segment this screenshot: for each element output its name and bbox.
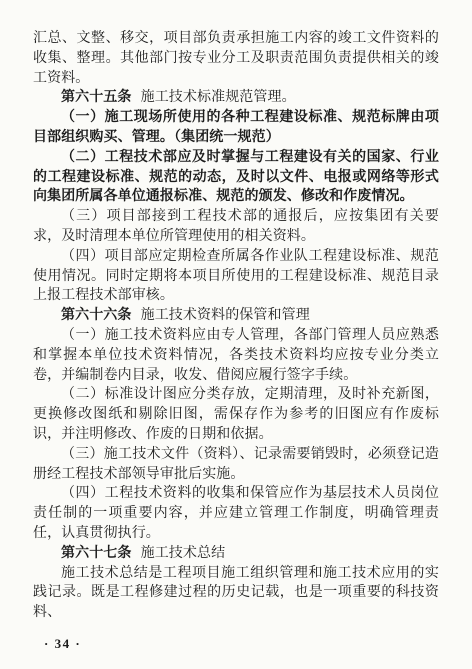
article-number: 第六十五条 [61, 90, 132, 105]
article-title: 施工技术资料的保管和管理 [141, 308, 310, 323]
page-number: · 34 · [33, 636, 439, 652]
paragraph: （二）标准设计图应分类存放，定期清理，及时补充新图，更换修改图纸和剔除旧图，需保… [33, 385, 439, 444]
article-heading: 第六十六条施工技术资料的保管和管理 [33, 306, 439, 326]
article-number: 第六十六条 [61, 308, 132, 323]
paragraph: （四）项目部应定期检查所属各作业队工程建设标准、规范使用情况。同时定期将本项目所… [33, 247, 439, 306]
article-number: 第六十七条 [61, 546, 132, 561]
paragraph: 施工技术总结是工程项目施工组织管理和施工技术应用的实践记录。既是工程修建过程的历… [33, 564, 439, 623]
article-title: 施工技术总结 [141, 546, 226, 561]
paragraph: （三）项目部接到工程技术部的通报后，应按集团有关要求，及时清理本单位所管理使用的… [33, 207, 439, 247]
paragraph: （一）施工技术资料应由专人管理，各部门管理人员应熟悉和掌握本单位技术资料情况，各… [33, 326, 439, 385]
paragraph: （四）工程技术资料的收集和保管应作为基层技术人员岗位责任制的一项重要内容，并应建… [33, 484, 439, 543]
paragraph: （一）施工现场所使用的各种工程建设标准、规范标牌由项目部组织购买、管理。（集团统… [33, 108, 439, 148]
article-heading: 第六十五条施工技术标准规范管理。 [33, 88, 439, 108]
paragraph: （三）施工技术文件（资料）、记录需要销毁时，必须登记造册经工程技术部领导审批后实… [33, 445, 439, 485]
article-title: 施工技术标准规范管理。 [141, 90, 296, 105]
paragraph: 汇总、文整、移交，项目部负责承担施工内容的竣工文件资料的收集、整理。其他部门按专… [33, 29, 439, 88]
document-body: 汇总、文整、移交，项目部负责承担施工内容的竣工文件资料的收集、整理。其他部门按专… [33, 29, 439, 623]
document-page: 汇总、文整、移交，项目部负责承担施工内容的竣工文件资料的收集、整理。其他部门按专… [0, 0, 472, 669]
article-heading: 第六十七条施工技术总结 [33, 544, 439, 564]
paragraph: （二）工程技术部应及时掌握与工程建设有关的国家、行业的工程建设标准、规范的动态，… [33, 148, 439, 207]
